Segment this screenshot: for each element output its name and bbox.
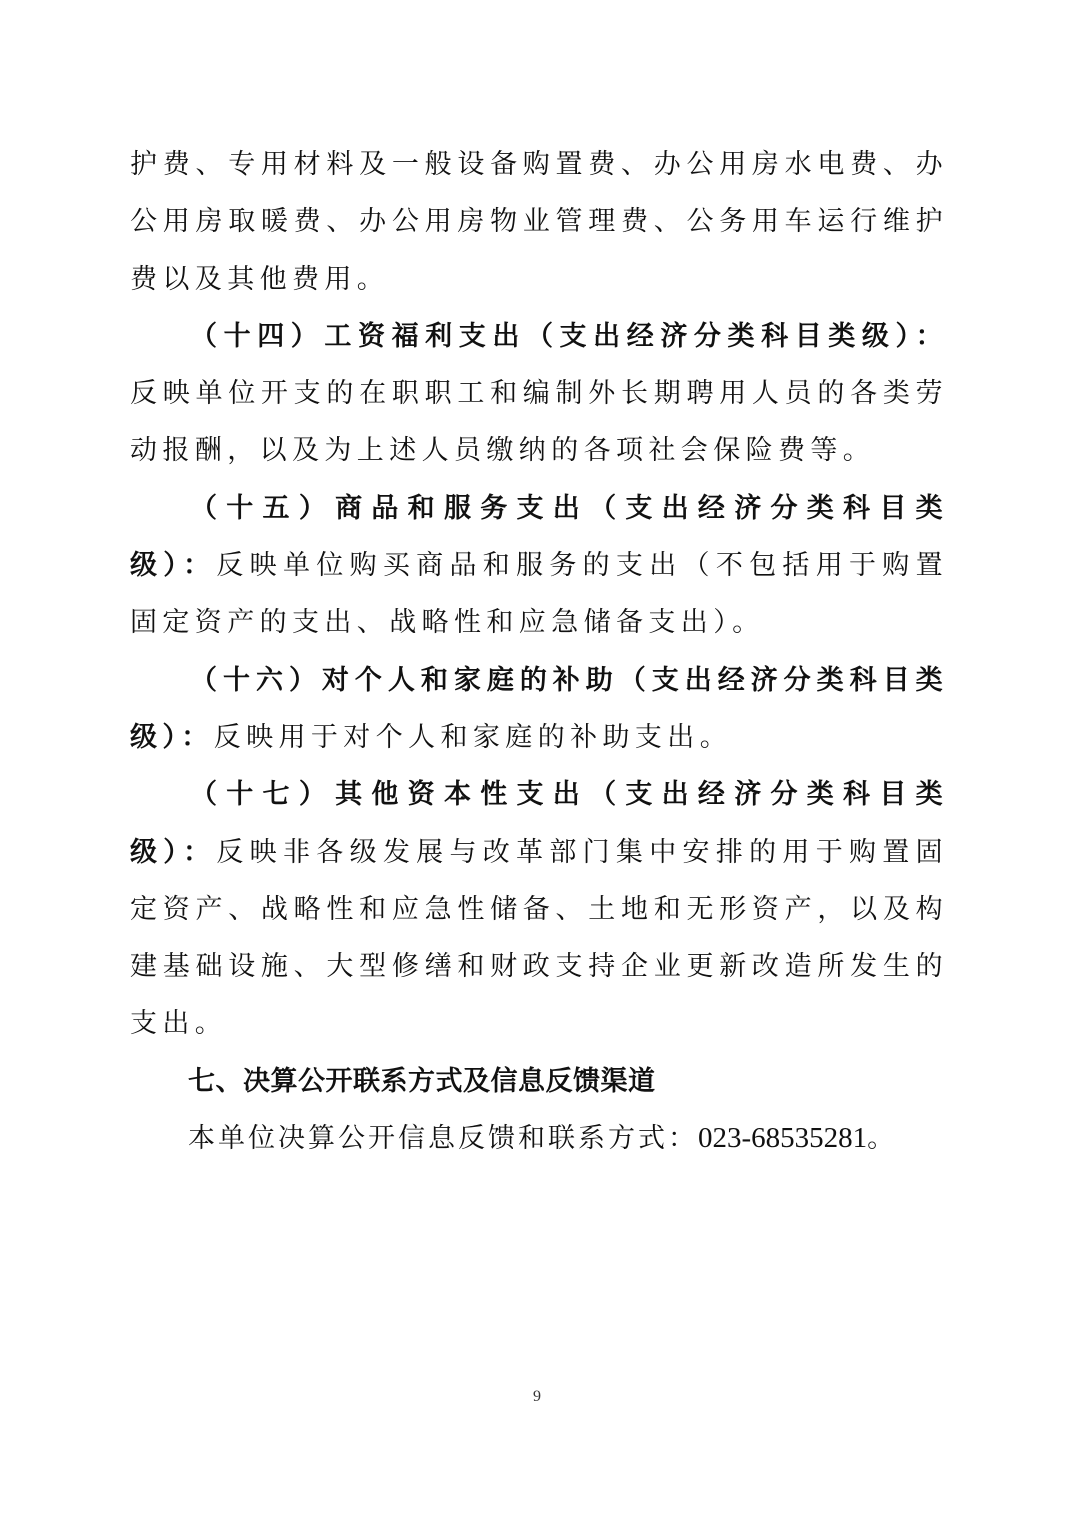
continuation-paragraph: 护费、专用材料及一般设备购置费、办公用房水电费、办公用房取暖费、办公用房物业管理… (130, 136, 948, 308)
contact-end: 。 (867, 1123, 897, 1154)
contact-phone: 023-68535281 (698, 1122, 867, 1154)
item-17-paragraph: （十七）其他资本性支出（支出经济分类科目类级）：反映非各级发展与改革部门集中安排… (130, 766, 948, 1052)
item-14-text: 反映单位开支的在职职工和编制外长期聘用人员的各类劳动报酬，以及为上述人员缴纳的各… (130, 378, 948, 466)
item-14-heading: （十四）工资福利支出（支出经济分类科目类级）： (190, 321, 948, 352)
section-heading-contact: 七、决算公开联系方式及信息反馈渠道 (130, 1053, 948, 1110)
item-16-text: 反映用于对个人和家庭的补助支出。 (214, 722, 732, 753)
item-15-text: 反映单位购买商品和服务的支出（不包括用于购置固定资产的支出、战略性和应急储备支出… (130, 550, 948, 638)
item-14-paragraph: （十四）工资福利支出（支出经济分类科目类级）：反映单位开支的在职职工和编制外长期… (130, 308, 948, 480)
item-15-paragraph: （十五）商品和服务支出（支出经济分类科目类级）：反映单位购买商品和服务的支出（不… (130, 480, 948, 652)
document-page: 护费、专用材料及一般设备购置费、办公用房水电费、办公用房取暖费、办公用房物业管理… (0, 0, 1074, 1520)
page-number: 9 (0, 1388, 1074, 1406)
item-16-paragraph: （十六）对个人和家庭的补助（支出经济分类科目类级）：反映用于对个人和家庭的补助支… (130, 652, 948, 767)
document-body: 护费、专用材料及一般设备购置费、办公用房水电费、办公用房取暖费、办公用房物业管理… (130, 136, 948, 1167)
contact-paragraph: 本单位决算公开信息反馈和联系方式：023-68535281。 (130, 1110, 948, 1167)
contact-label: 本单位决算公开信息反馈和联系方式： (188, 1123, 698, 1154)
item-17-text: 反映非各级发展与改革部门集中安排的用于购置固定资产、战略性和应急性储备、土地和无… (130, 837, 948, 1040)
